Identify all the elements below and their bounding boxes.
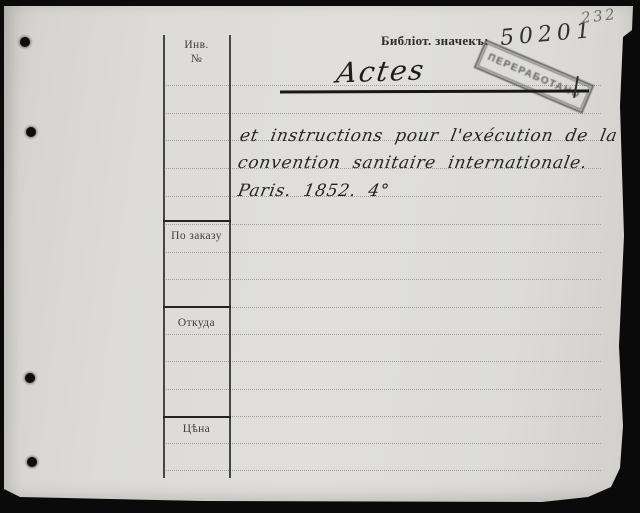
- punch-hole: [27, 457, 37, 467]
- table-cell-divider: [163, 220, 231, 222]
- library-mark-label: Библіот. значекъ:: [381, 33, 489, 49]
- entry-line-2: convention sanitaire internationale.: [236, 153, 589, 173]
- origin-label: Откуда: [163, 316, 230, 330]
- punch-hole: [20, 37, 30, 47]
- card-paper: Инв. № По заказу Откуда Цѣна Библіот. зн…: [4, 6, 633, 503]
- entry-line-1: et instructions pour l'exécution de la: [238, 126, 619, 146]
- entry-title-handwritten: Actes: [334, 53, 427, 89]
- table-cell-divider: [163, 306, 231, 308]
- entry-line-3: Paris. 1852. 4°: [236, 181, 391, 201]
- reprocessed-stamp-text: ПЕРЕРАБОТАНО: [478, 43, 591, 110]
- by-order-label: По заказу: [163, 229, 230, 243]
- table-cell-divider: [163, 416, 231, 418]
- inventory-number-label: Инв. №: [163, 38, 230, 66]
- table-column-right-border: [229, 35, 231, 478]
- price-label: Цѣна: [163, 422, 230, 436]
- page-number-pencil: 232: [580, 5, 618, 27]
- punch-hole: [26, 127, 36, 137]
- inventory-label-line2: №: [191, 53, 202, 65]
- table-column-left-border: [163, 35, 165, 478]
- inventory-label-line1: Инв.: [184, 39, 208, 51]
- scanned-catalog-card: Инв. № По заказу Откуда Цѣна Библіот. зн…: [0, 0, 640, 513]
- punch-hole: [25, 373, 35, 383]
